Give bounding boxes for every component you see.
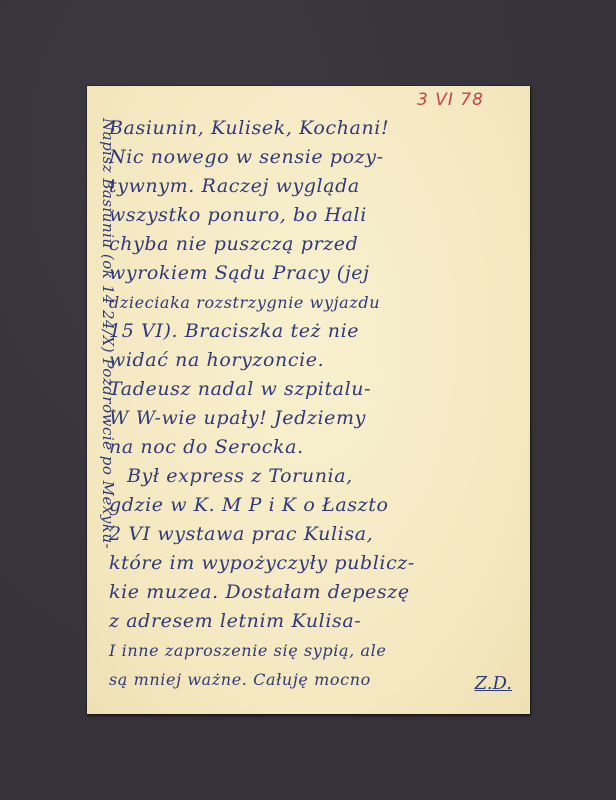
letter-line: są mniej ważne. Całuję mocno	[109, 665, 519, 694]
letter-line: gdzie w K. M P i K o Łaszto	[109, 491, 519, 520]
letter-line: z adresem letnim Kulisa-	[109, 607, 519, 636]
letter-line: wszystko ponuro, bo Hali	[109, 201, 519, 230]
letter-line: które im wypożyczyły publicz-	[109, 549, 519, 578]
letter-line: widać na horyzoncie.	[109, 346, 519, 375]
letter-line: chyba nie puszczą przed	[109, 230, 519, 259]
letter-line: Był express z Torunia,	[109, 462, 519, 491]
letter-line: Basiunin, Kulisek, Kochani!	[109, 114, 519, 143]
signature: Z.D.	[475, 673, 512, 694]
letter-line: kie muzea. Dostałam depeszę	[109, 578, 519, 607]
letter-line: na noc do Serocka.	[109, 433, 519, 462]
date-annotation-text: 3 VI 78	[417, 90, 484, 110]
letter-line: Nic nowego w sensie pozy-	[109, 143, 519, 172]
letter-line: tywnym. Raczej wygląda	[109, 172, 519, 201]
date-annotation: 3 VI 78	[417, 90, 484, 110]
letter-line: Tadeusz nadal w szpitalu-	[109, 375, 519, 404]
postcard: 3 VI 78 Napisz Basiuniu (ok 14 24/X) Poz…	[87, 86, 530, 714]
letter-line: 15 VI). Braciszka też nie	[109, 317, 519, 346]
letter-line: wyrokiem Sądu Pracy (jej	[109, 259, 519, 288]
letter-line: 2 VI wystawa prac Kulisa,	[109, 520, 519, 549]
letter-line: W W-wie upały! Jedziemy	[109, 404, 519, 433]
letter-line: I inne zaproszenie się sypią, ale	[109, 636, 519, 665]
letter-line: dzieciaka rozstrzygnie wyjazdu	[109, 288, 519, 317]
letter-body: Basiunin, Kulisek, Kochani! Nic nowego w…	[109, 114, 519, 694]
